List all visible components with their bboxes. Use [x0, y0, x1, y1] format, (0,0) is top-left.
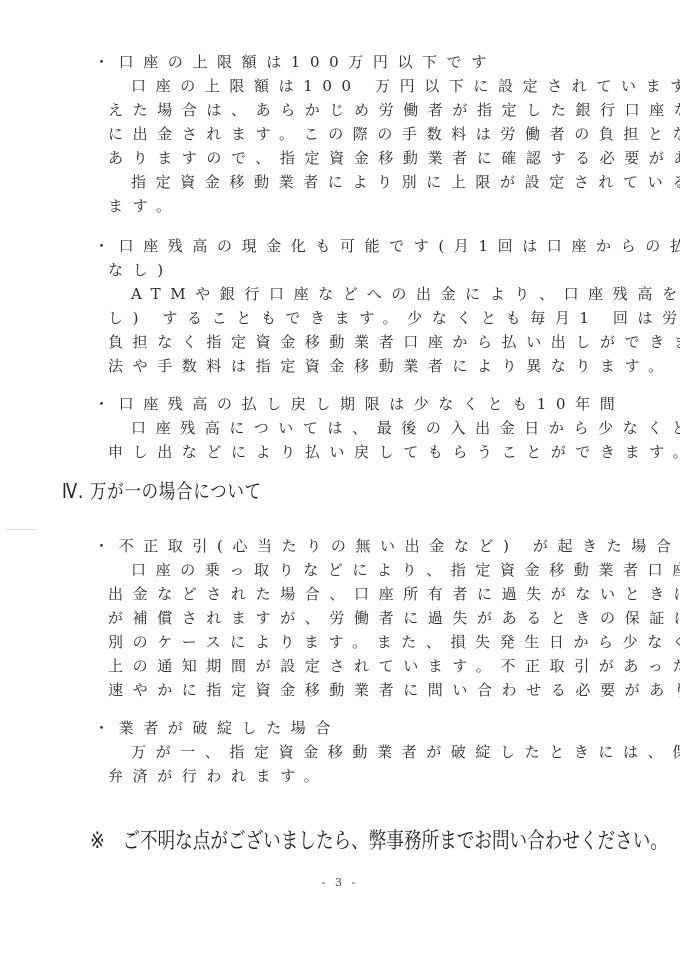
bullet: ・: [94, 537, 119, 555]
notice-text: ご不明な点がございましたら、弊事務所までお問い合わせください。: [122, 829, 668, 854]
paragraph-line: えた場合は、あらかじめ労働者が指定した銀行口座などに自動的: [108, 100, 680, 120]
paragraph-line: が補償されますが、労働者に過失があるときの保証については個: [108, 608, 680, 628]
section-title-cont: なし): [108, 260, 173, 280]
paragraph-line: 上の通知期間が設定されています。不正取引があった場合には、: [108, 656, 680, 676]
paragraph-line: 出金などされた場合、口座所有者に過失がないときは損失額全額: [108, 584, 680, 604]
reference-mark-icon: ※: [90, 829, 105, 854]
paragraph-line: 口座残高については、最後の入出金日から少なくとも10年間は、: [131, 418, 680, 438]
paragraph-line: 口座の乗っ取りなどにより、指定資金移動業者口座から不正に: [131, 560, 680, 580]
paragraph-line: 負担なく指定資金移動業者口座から払い出しができます。払出方: [108, 332, 680, 352]
scan-artifact: [6, 529, 36, 530]
section-title-fraud: ・不正取引(心当たりの無い出金など) が起きた場合: [94, 536, 680, 556]
paragraph-line: し) することもできます。少なくとも毎月1 回は労働者の手数料: [108, 308, 680, 328]
bullet: ・: [94, 53, 119, 71]
section-title-refund: ・口座残高の払し戻し期限は少なくとも10年間: [94, 394, 624, 414]
paragraph-line: ありますので、指定資金移動業者に確認する必要があります。: [108, 148, 680, 168]
paragraph-line: 法や手数料は指定資金移動業者により異なります。: [108, 356, 673, 376]
section-title-bankrupt: ・業者が破綻した場合: [94, 718, 340, 738]
document-page: ・口座の上限額は100万円以下です 口座の上限額は100 万円以下に設定されてい…: [0, 0, 680, 962]
section-title-limit: ・口座の上限額は100万円以下です: [94, 52, 496, 72]
paragraph-line: に出金されます。この際の手数料は労働者の負担となる可能性が: [108, 124, 680, 144]
paragraph-line: 口座の上限額は100 万円以下に設定されています。上限額を超: [131, 76, 680, 96]
paragraph-line: ATMや銀行口座などへの出金により、口座残高を現金化(払い出: [131, 284, 680, 304]
paragraph-line: ます。: [108, 196, 181, 216]
contact-notice: ※ご不明な点がございましたら、弊事務所までお問い合わせください。: [90, 827, 668, 857]
page-number: - 3 -: [0, 876, 680, 889]
paragraph-line: 速やかに指定資金移動業者に問い合わせる必要があります。: [108, 680, 680, 700]
paragraph-line: 別のケースによります。また、損失発生日から少なくとも30日以: [108, 632, 680, 652]
bullet: ・: [94, 237, 119, 255]
paragraph-line: 指定資金移動業者により別に上限が設定されている場合もあり: [131, 172, 680, 192]
section-title-cash: ・口座残高の現金化も可能です(月1回は口座からの払い出し手数料: [94, 236, 680, 256]
bullet: ・: [94, 395, 119, 413]
bullet: ・: [94, 719, 119, 737]
paragraph-line: 弁済が行われます。: [108, 766, 328, 786]
paragraph-line: 申し出などにより払い戻してもらうことができます。: [108, 442, 680, 462]
section-heading-iv: Ⅳ. 万が一の場合について: [62, 478, 262, 504]
paragraph-line: 万が一、指定資金移動業者が破綻したときには、保証機関から: [131, 742, 680, 762]
